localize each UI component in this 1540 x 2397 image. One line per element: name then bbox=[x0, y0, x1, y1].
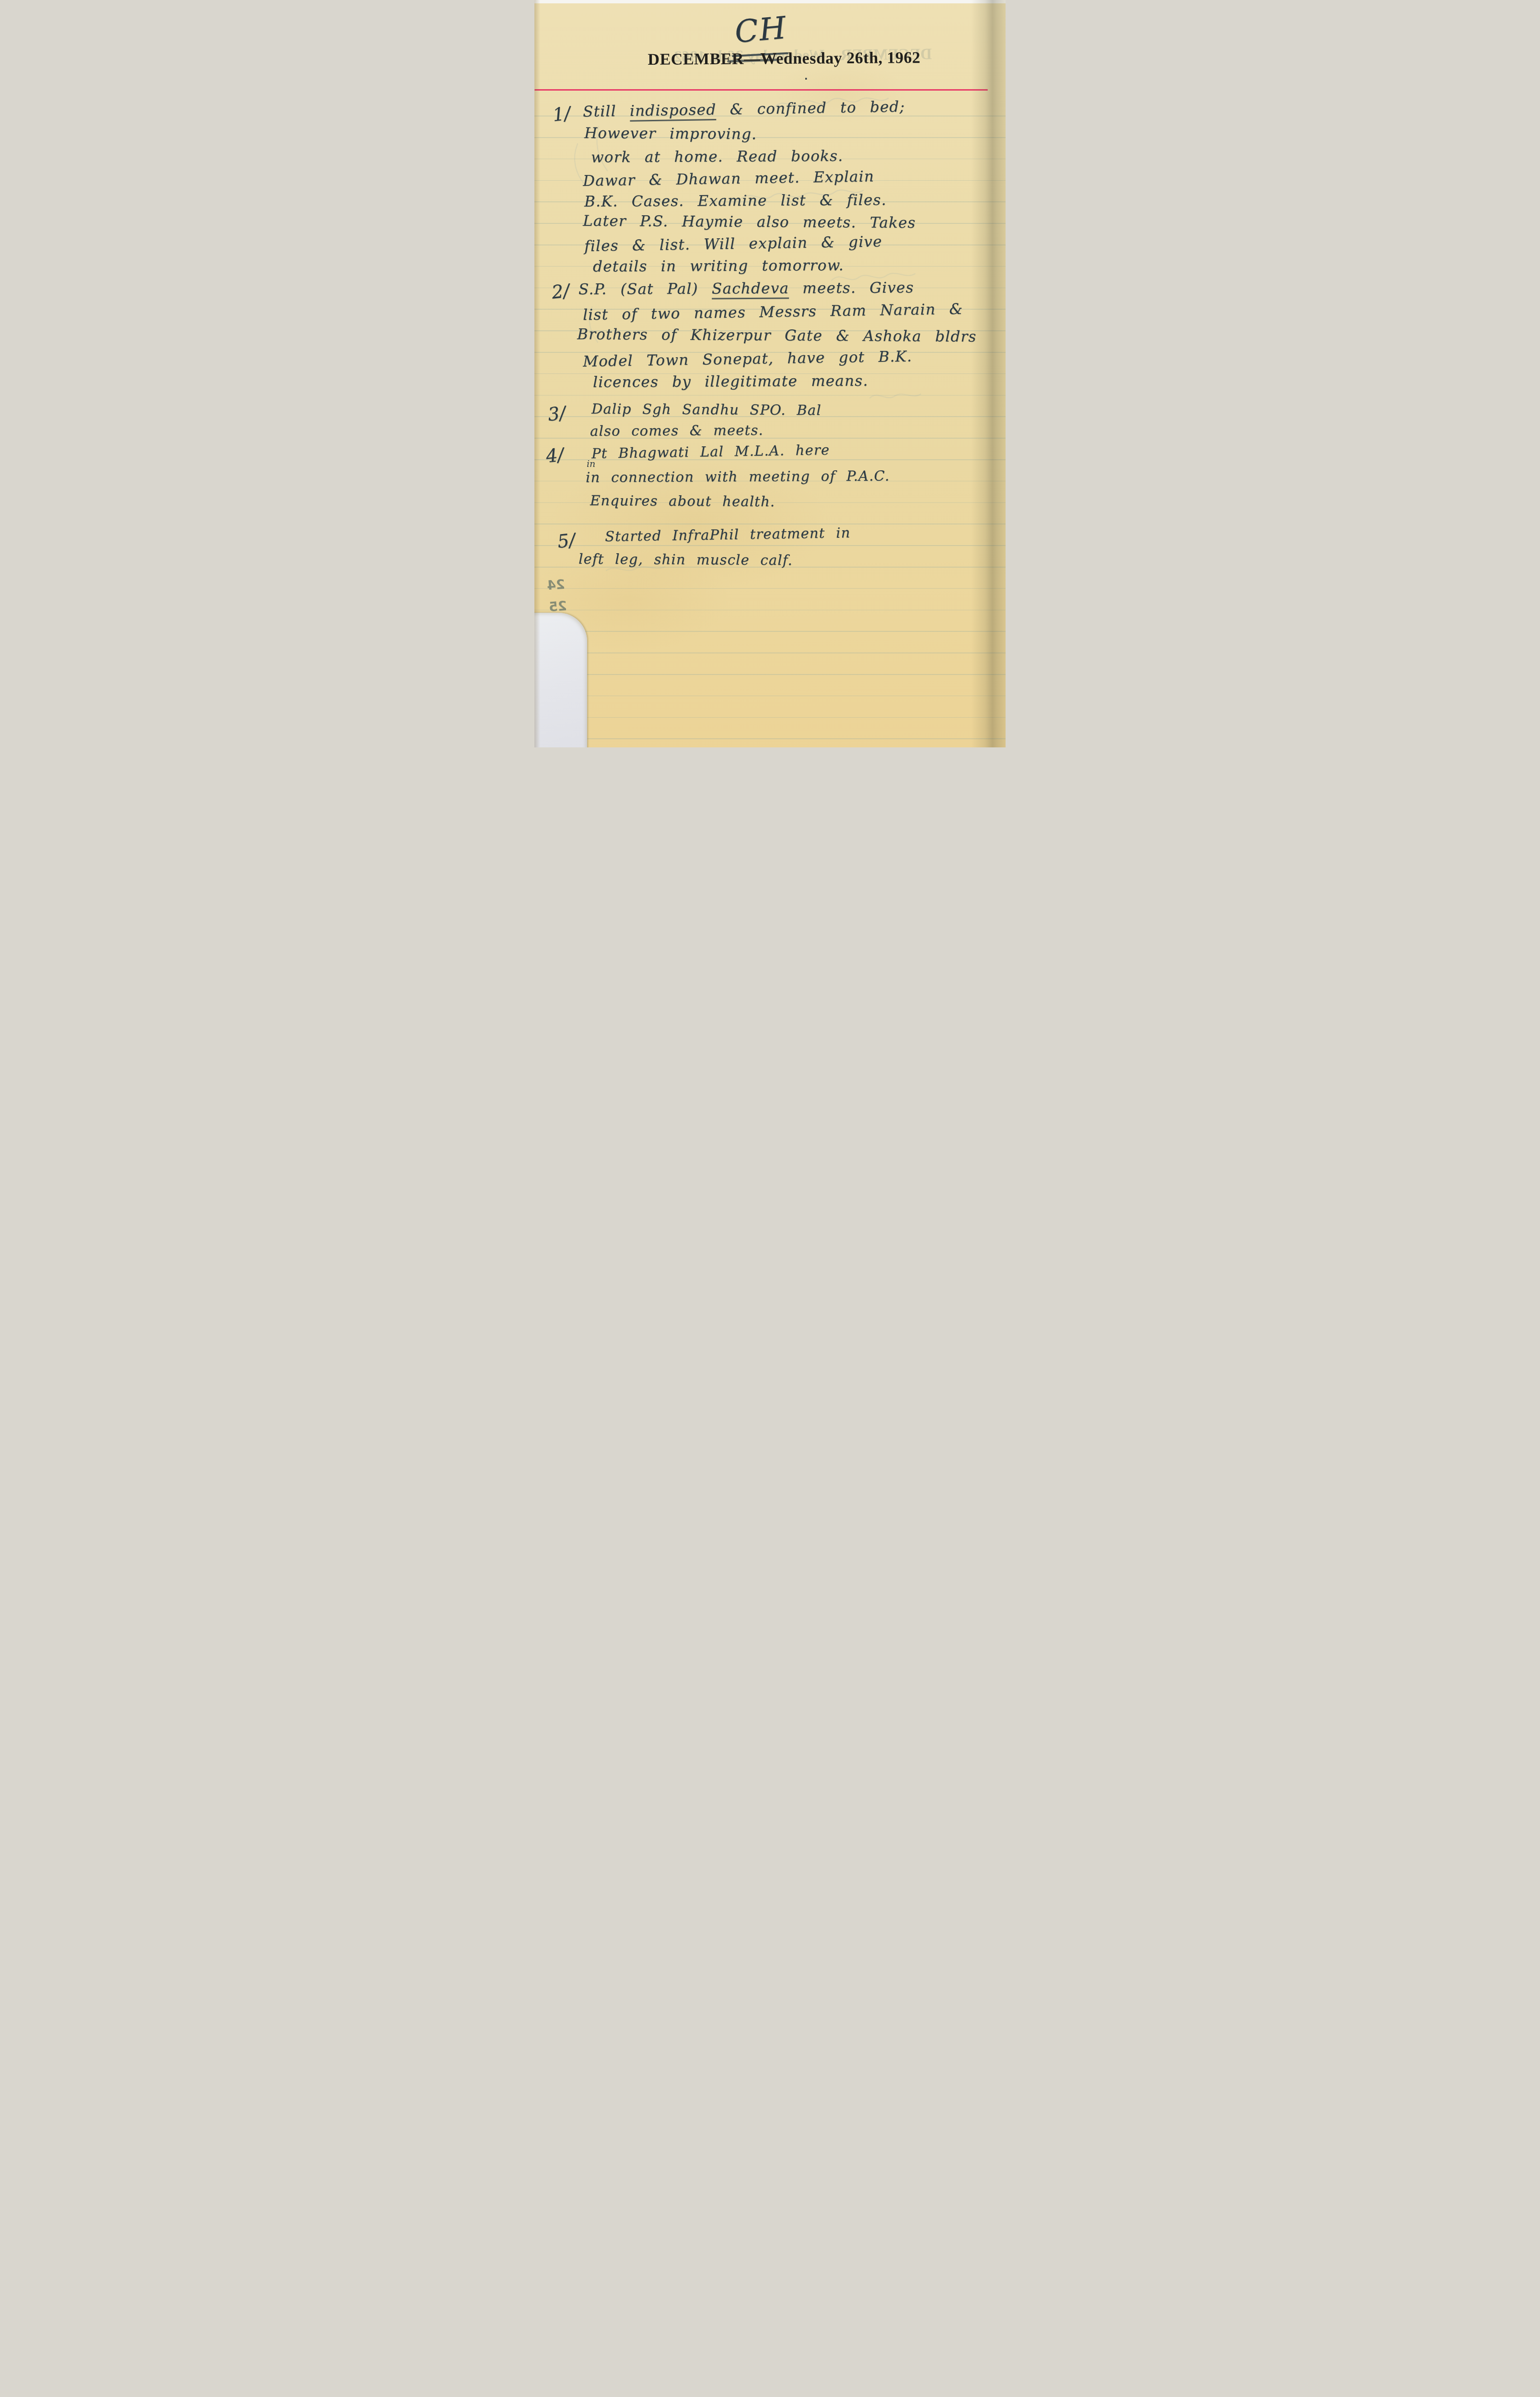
entry-3-line-1: Dalip Sgh Sandhu SPO. Bal bbox=[591, 401, 822, 419]
scanner-edge bbox=[534, 0, 1006, 3]
entry-1-number: 1/ bbox=[552, 103, 571, 126]
entry-4-number: 4/ bbox=[545, 444, 565, 467]
showthrough-page-number-24: 24 bbox=[546, 577, 566, 593]
entry-2-line-1: S.P. (Sat Pal) Sachdeva meets. Gives bbox=[579, 279, 914, 298]
entry-5-line-2: left leg, shin muscle calf. bbox=[579, 551, 793, 569]
entry-4-line-3: Enquires about health. bbox=[590, 492, 775, 510]
monogram-period: . bbox=[804, 65, 808, 84]
entry-1-line-6: Later P.S. Haymie also meets. Takes bbox=[583, 212, 916, 232]
entry-5-number: 5/ bbox=[556, 529, 576, 552]
date-header: DECEMBER—Wednesday 26th, 1962 bbox=[648, 49, 920, 69]
entry-1-line-2: However improving. bbox=[584, 125, 757, 143]
entry-4-inserted-word: in bbox=[587, 459, 595, 469]
entry-3-line-2: also comes & meets. bbox=[590, 422, 764, 439]
monogram-letters: CH bbox=[733, 10, 788, 50]
entry-4-line-2: in connection with meeting of P.A.C. bbox=[586, 467, 890, 485]
corner-patch bbox=[534, 613, 587, 747]
pink-rule bbox=[534, 89, 988, 91]
entry-1-line-3: work at home. Read books. bbox=[591, 148, 843, 166]
entry-2-number: 2/ bbox=[551, 280, 570, 303]
entry-1-line-5: B.K. Cases. Examine list & files. bbox=[584, 191, 887, 210]
monogram: CH . bbox=[735, 12, 787, 48]
entry-2-line-5: licences by illegitimate means. bbox=[593, 372, 868, 391]
underlined-word: indisposed bbox=[630, 101, 717, 122]
entry-2-line-3: Brothers of Khizerpur Gate & Ashoka bldr… bbox=[577, 326, 977, 345]
left-edge-shadow bbox=[534, 0, 540, 747]
binding-shadow bbox=[971, 0, 1006, 747]
underlined-word: Sachdeva bbox=[712, 280, 789, 300]
scanned-diary-page: CH . DECEMBER—Wednesday 26th, 1962 DECEM… bbox=[534, 0, 1006, 747]
entry-1-line-8: details in writing tomorrow. bbox=[593, 257, 844, 276]
entry-3-number: 3/ bbox=[547, 402, 567, 425]
